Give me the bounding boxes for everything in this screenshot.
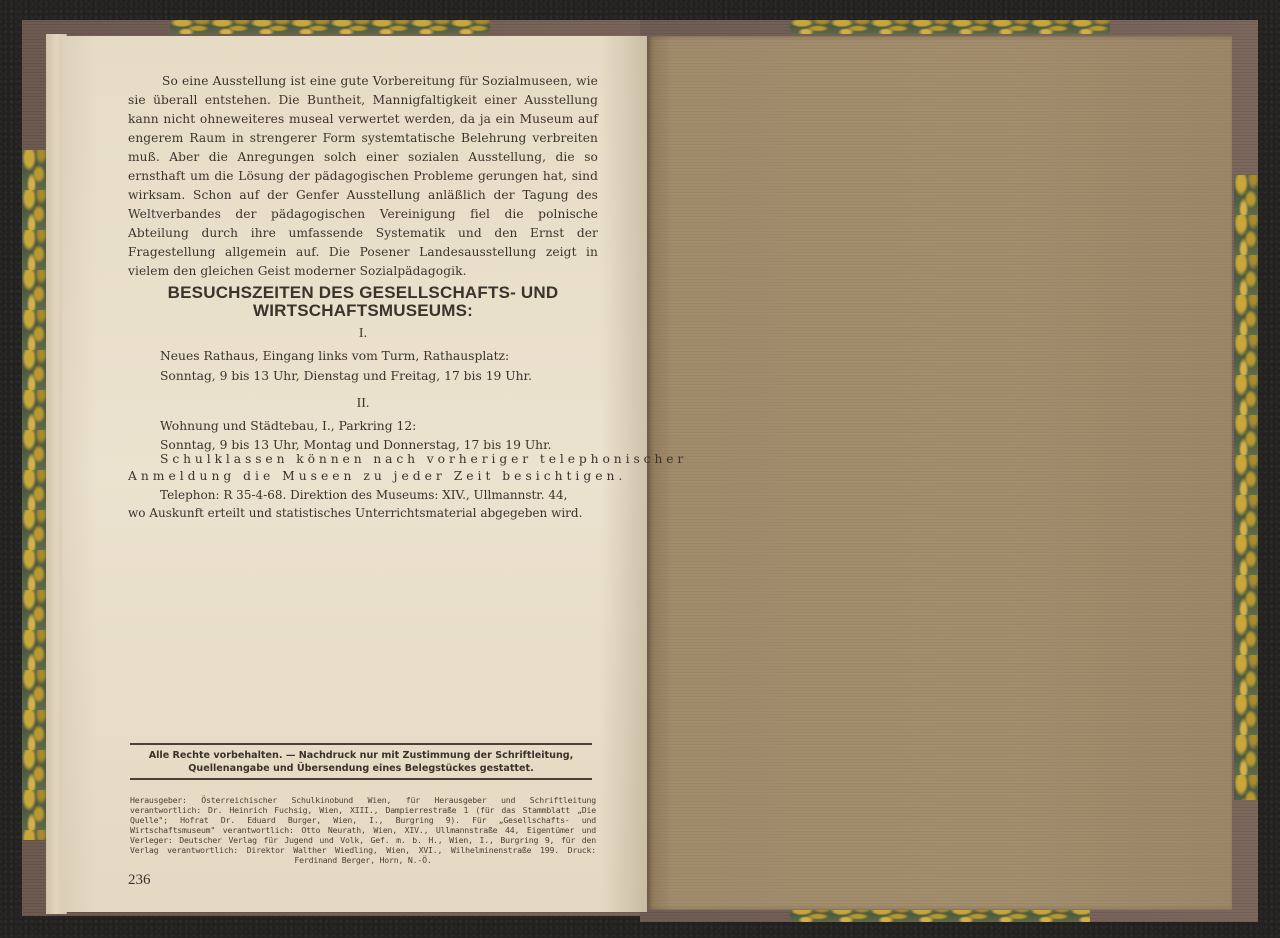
right-endpaper — [648, 36, 1232, 910]
section-2-location: Wohnung und Städtebau, I., Parkring 12: — [160, 419, 416, 433]
intro-paragraph: So eine Ausstellung ist eine gute Vorber… — [128, 72, 598, 281]
rights-notice-line-1: Alle Rechte vorbehalten. — Nachdruck nur… — [130, 749, 592, 762]
school-note-line-1: Schulklassen können nach vorheriger tele… — [160, 452, 687, 466]
heading-line-2: WIRTSCHAFTSMUSEUMS: — [128, 302, 598, 320]
marbled-edge-bottom-right — [790, 908, 1090, 922]
section-2-numeral: II. — [128, 396, 598, 412]
school-note-line-2: Anmeldung die Museen zu jeder Zeit besic… — [128, 469, 626, 483]
rights-notice-line-2: Quellenangabe und Übersendung eines Bele… — [130, 762, 592, 775]
page-number: 236 — [128, 872, 151, 889]
marbled-edge-left — [22, 150, 46, 840]
rights-notice: Alle Rechte vorbehalten. — Nachdruck nur… — [130, 743, 592, 780]
page-heading: BESUCHSZEITEN DES GESELLSCHAFTS- UND WIR… — [128, 284, 598, 320]
heading-line-1: BESUCHSZEITEN DES GESELLSCHAFTS- UND — [128, 284, 598, 302]
contact-line-1: Telephon: R 35-4-68. Direktion des Museu… — [160, 488, 567, 502]
section-2-hours: Sonntag, 9 bis 13 Uhr, Montag und Donner… — [160, 438, 552, 452]
section-1-location: Neues Rathaus, Eingang links vom Turm, R… — [160, 349, 509, 363]
contact-line-2: wo Auskunft erteilt und statistisches Un… — [128, 506, 582, 520]
section-1-hours: Sonntag, 9 bis 13 Uhr, Dienstag und Frei… — [160, 369, 532, 383]
imprint: Herausgeber: Österreichischer Schulkinob… — [130, 795, 596, 865]
marbled-edge-top-left — [170, 20, 490, 34]
section-1-numeral: I. — [128, 326, 598, 342]
marbled-edge-top-right — [790, 20, 1110, 34]
marbled-edge-right — [1234, 175, 1258, 800]
intro-text-block: So eine Ausstellung ist eine gute Vorber… — [128, 72, 598, 281]
